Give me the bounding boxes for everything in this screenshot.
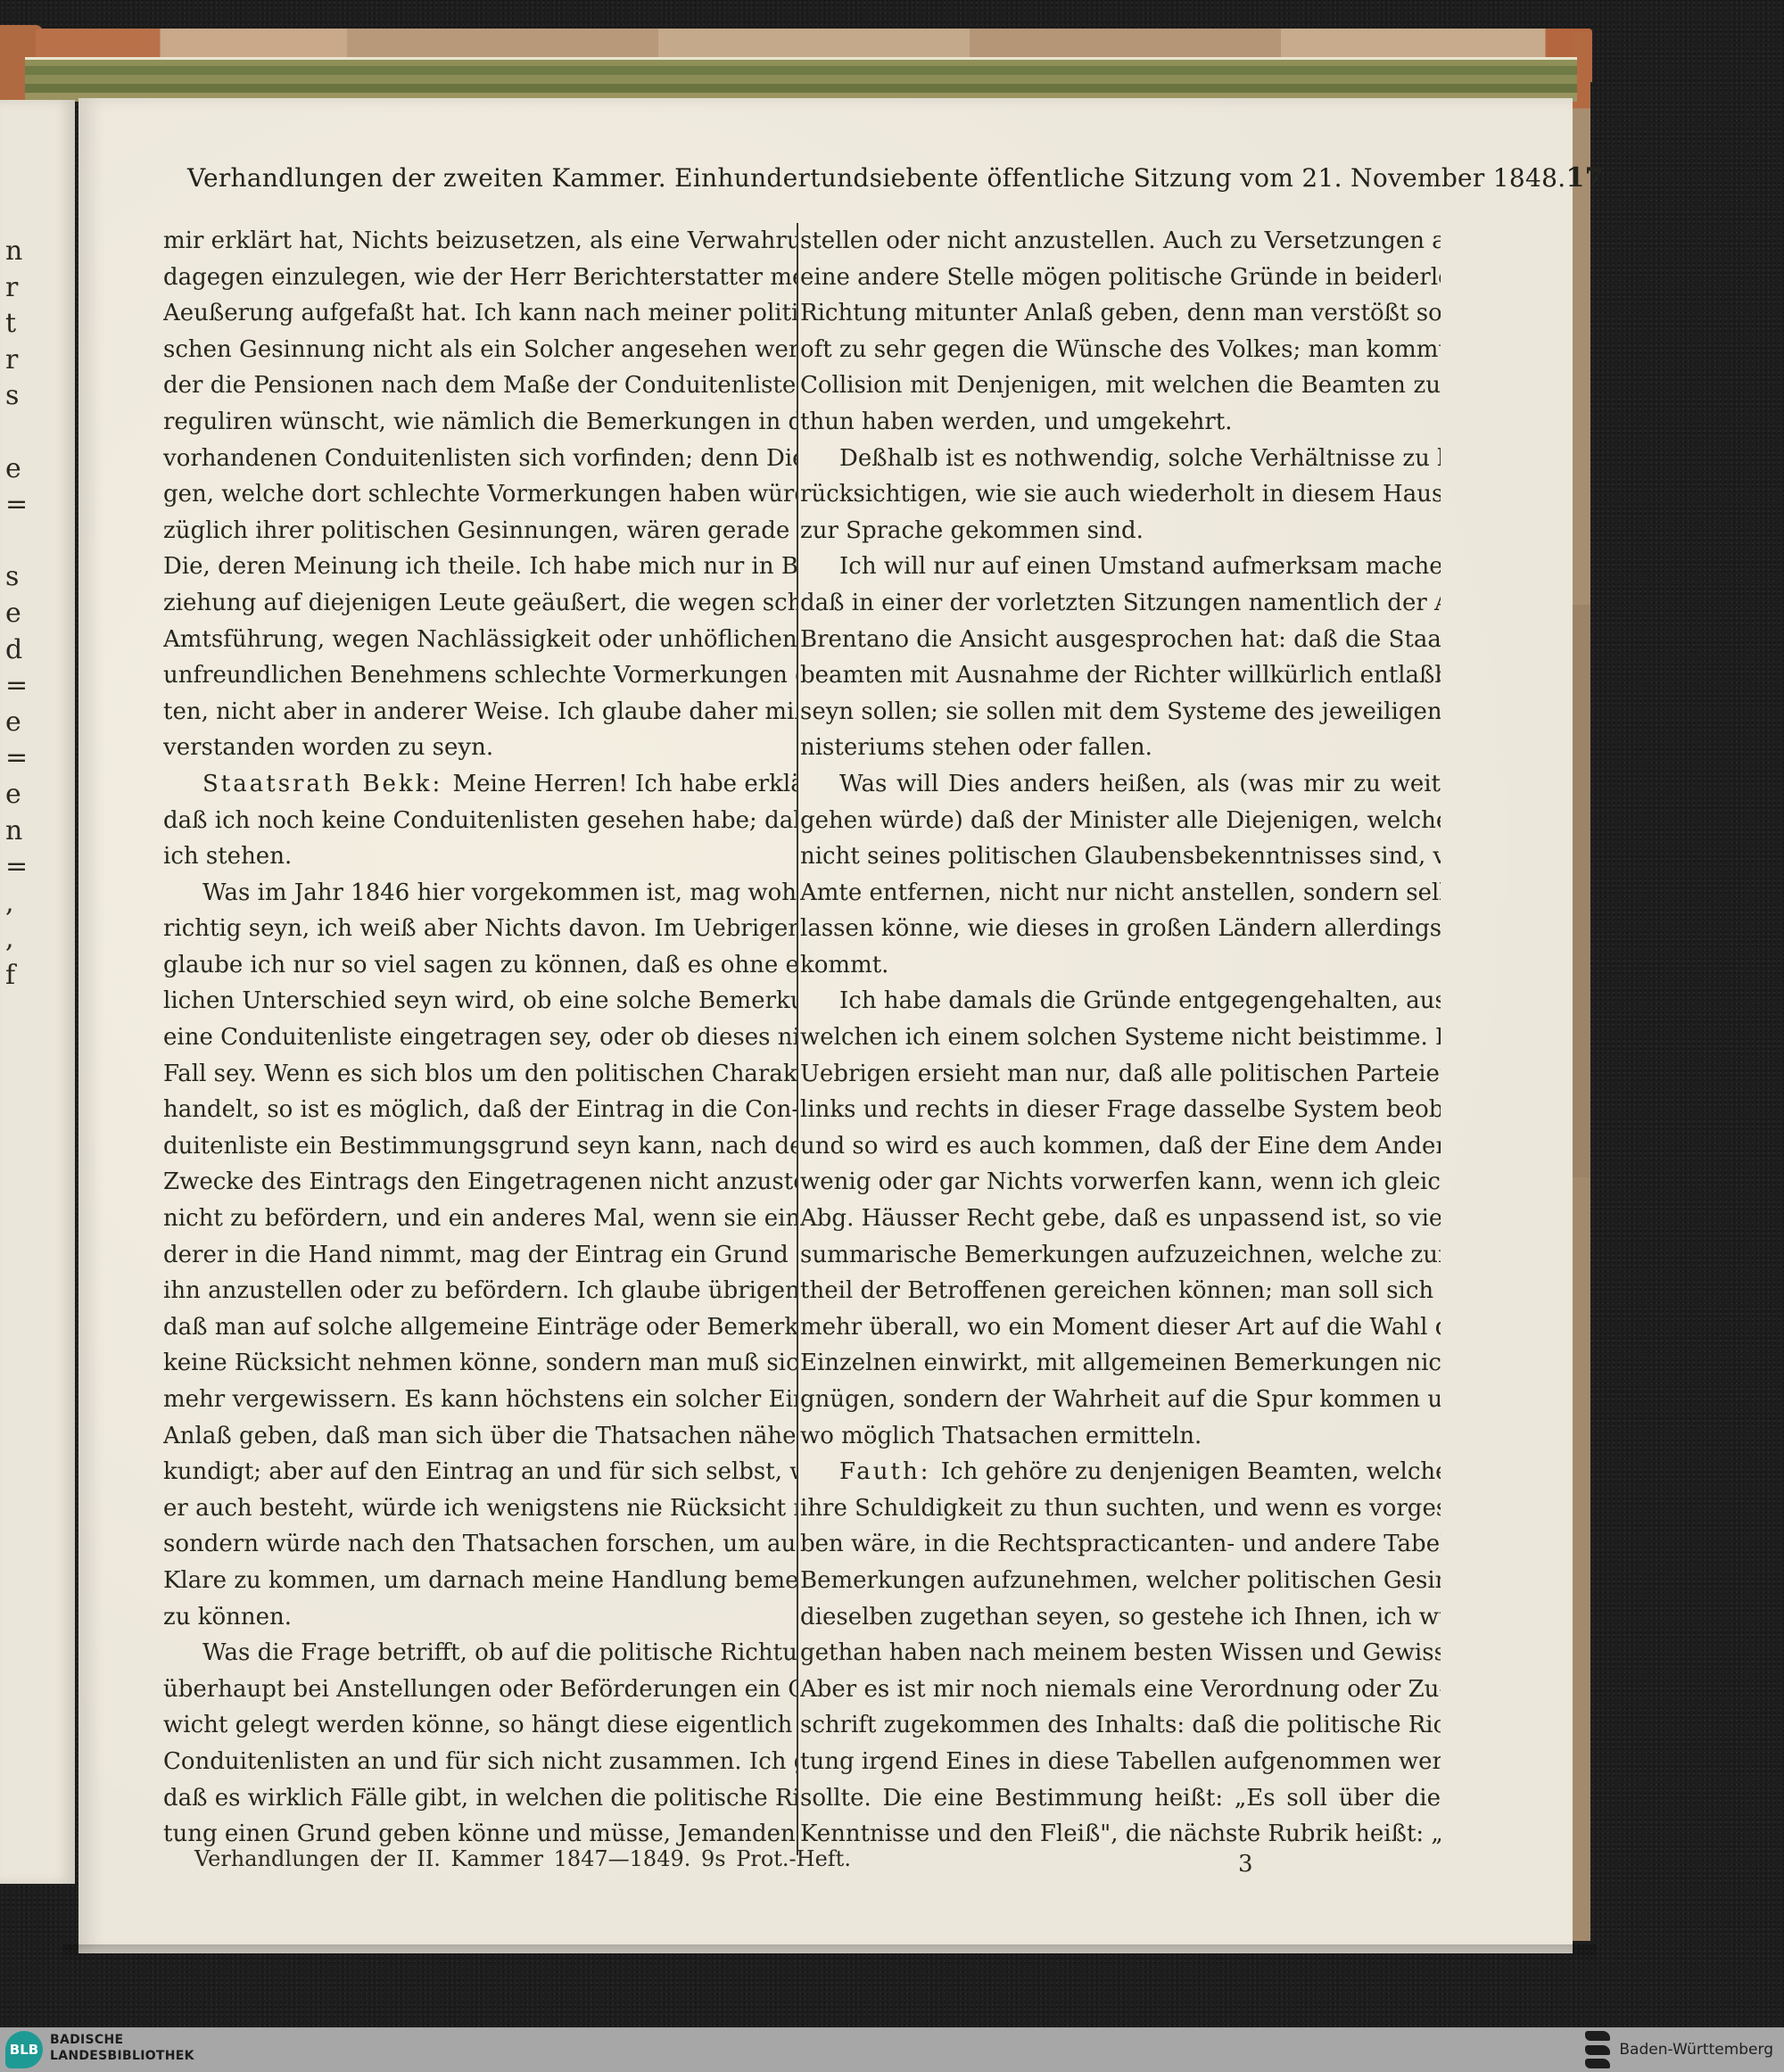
text-line: überhaupt bei Anstellungen oder Beförder… xyxy=(163,1672,797,1708)
text-line: schrift zugekommen des Inhalts: daß die … xyxy=(800,1707,1441,1744)
prev-page-letter: r xyxy=(5,343,23,379)
text-line: lassen könne, wie dieses in großen Lände… xyxy=(800,911,1441,947)
text-line: daß in einer der vorletzten Sitzungen na… xyxy=(800,585,1441,622)
prev-page-letter: = xyxy=(5,487,23,524)
prev-page-letter: s xyxy=(5,378,23,415)
text-line: links und rechts in dieser Frage dasselb… xyxy=(800,1092,1441,1128)
signature-line: Verhandlungen der II. Kammer 1847—1849. … xyxy=(194,1846,851,1871)
text-line: der die Pensionen nach dem Maße der Cond… xyxy=(163,367,797,404)
prev-page-letter: e xyxy=(5,451,23,488)
text-line: keine Rücksicht nehmen könne, sondern ma… xyxy=(163,1345,797,1382)
column-divider xyxy=(797,223,798,1855)
text-line: Was die Frage betrifft, ob auf die polit… xyxy=(163,1635,797,1672)
text-line: theil der Betroffenen gereichen können; … xyxy=(800,1273,1441,1309)
page-shadow xyxy=(62,1944,1597,1962)
text-line: Richtung mitunter Anlaß geben, denn man … xyxy=(800,295,1441,332)
prev-page-letter: t xyxy=(5,306,23,343)
text-line: eine andere Stelle mögen politische Grün… xyxy=(800,260,1441,296)
text-line: Bemerkungen aufzunehmen, welcher politis… xyxy=(800,1563,1441,1599)
page-edges-top xyxy=(25,57,1577,102)
text-line: Fauth: Ich gehöre zu denjenigen Beamten,… xyxy=(800,1454,1441,1490)
text-line: Conduitenlisten an und für sich nicht zu… xyxy=(163,1744,797,1780)
text-line: Amte entfernen, nicht nur nicht anstelle… xyxy=(800,875,1441,912)
text-line: zur Sprache gekommen sind. xyxy=(800,513,1441,549)
text-line: duitenliste ein Bestimmungsgrund seyn ka… xyxy=(163,1128,797,1165)
text-line: Anlaß geben, daß man sich über die Thats… xyxy=(163,1418,797,1455)
text-line: derer in die Hand nimmt, mag der Eintrag… xyxy=(163,1237,797,1274)
prev-page-letter: d xyxy=(5,632,23,669)
prev-page-letter: s xyxy=(5,559,23,596)
text-line: Aber es ist mir noch niemals eine Verord… xyxy=(800,1672,1441,1708)
baden-wuerttemberg-brand[interactable]: Baden-Württemberg xyxy=(1585,2027,1773,2072)
text-line: er auch besteht, würde ich wenigstens ni… xyxy=(163,1490,797,1527)
prev-page-letter: r xyxy=(5,270,23,307)
text-line: Klare zu kommen, um darnach meine Handlu… xyxy=(163,1563,797,1599)
signature-number: 3 xyxy=(1238,1851,1253,1878)
text-line: ihn anzustellen oder zu befördern. Ich g… xyxy=(163,1273,797,1309)
text-line: eine Conduitenliste eingetragen sey, ode… xyxy=(163,1019,797,1056)
text-line: gethan haben nach meinem besten Wissen u… xyxy=(800,1635,1441,1672)
text-line: ziehung auf diejenigen Leute geäußert, d… xyxy=(163,585,797,622)
text-line: mehr vergewissern. Es kann höchstens ein… xyxy=(163,1382,797,1418)
prev-page-letter: = xyxy=(5,668,23,705)
book-page: Verhandlungen der zweiten Kammer. Einhun… xyxy=(78,98,1573,1953)
prev-page-letter: e xyxy=(5,596,23,632)
text-column-right: stellen oder nicht anzustellen. Auch zu … xyxy=(800,223,1441,1853)
text-line: dieselben zugethan seyen, so gestehe ich… xyxy=(800,1599,1441,1636)
text-line: nisteriums stehen oder fallen. xyxy=(800,730,1441,766)
text-line: summarische Bemerkungen aufzuzeichnen, w… xyxy=(800,1237,1441,1274)
text-line: Ich will nur auf einen Umstand aufmerksa… xyxy=(800,549,1441,585)
text-line: dagegen einzulegen, wie der Herr Bericht… xyxy=(163,260,797,296)
prev-page-letter: , xyxy=(5,886,23,922)
text-line: Abg. Häusser Recht gebe, daß es unpassen… xyxy=(800,1201,1441,1237)
marbled-board-right xyxy=(1573,32,1590,1941)
text-column-left: mir erklärt hat, Nichts beizusetzen, als… xyxy=(163,223,797,1853)
previous-page-sliver: nrtrse=sed=e=en=,,f xyxy=(0,100,75,1884)
text-line: kundigt; aber auf den Eintrag an und für… xyxy=(163,1454,797,1490)
text-line: welchen ich einem solchen Systeme nicht … xyxy=(800,1019,1441,1056)
text-line: Ich habe damals die Gründe entgegengehal… xyxy=(800,983,1441,1019)
blb-logo-icon[interactable]: BLB xyxy=(5,2031,43,2068)
text-line: Fall sey. Wenn es sich blos um den polit… xyxy=(163,1056,797,1093)
text-line: Uebrigen ersieht man nur, daß alle polit… xyxy=(800,1056,1441,1093)
prev-page-letter: e xyxy=(5,705,23,741)
text-line: Die, deren Meinung ich theile. Ich habe … xyxy=(163,549,797,585)
text-line: Was will Dies anders heißen, als (was mi… xyxy=(800,766,1441,803)
text-line: reguliren wünscht, wie nämlich die Bemer… xyxy=(163,404,797,441)
text-line: Staatsrath Bekk: Meine Herren! Ich habe … xyxy=(163,766,797,803)
speaker-name: Fauth: xyxy=(839,1458,941,1485)
text-line: Aeußerung aufgefaßt hat. Ich kann nach m… xyxy=(163,295,797,332)
text-line: daß es wirklich Fälle gibt, in welchen d… xyxy=(163,1780,797,1817)
text-line: ihre Schuldigkeit zu thun suchten, und w… xyxy=(800,1490,1441,1527)
three-lions-crest-icon xyxy=(1585,2031,1610,2068)
text-line: daß ich noch keine Conduitenlisten geseh… xyxy=(163,803,797,839)
text-line: nicht seines politischen Glaubensbekennt… xyxy=(800,838,1441,875)
text-line: lichen Unterschied seyn wird, ob eine so… xyxy=(163,983,797,1019)
text-line: richtig seyn, ich weiß aber Nichts davon… xyxy=(163,911,797,947)
text-line: stellen oder nicht anzustellen. Auch zu … xyxy=(800,223,1441,260)
text-line: gehen würde) daß der Minister alle Dieje… xyxy=(800,803,1441,839)
text-line: ben wäre, in die Rechtspracticanten- und… xyxy=(800,1526,1441,1563)
text-line: tung irgend Eines in diese Tabellen aufg… xyxy=(800,1744,1441,1780)
library-name-line2: LANDESBIBLIOTHEK xyxy=(50,2048,194,2064)
text-line: und so wird es auch kommen, daß der Eine… xyxy=(800,1128,1441,1165)
text-line: kommt. xyxy=(800,947,1441,984)
text-line: vorhandenen Conduitenlisten sich vorfind… xyxy=(163,441,797,477)
speaker-name: Staatsrath Bekk: xyxy=(202,771,452,797)
prev-page-letter: = xyxy=(5,740,23,777)
text-line: handelt, so ist es möglich, daß der Eint… xyxy=(163,1092,797,1128)
prev-page-letter: e xyxy=(5,777,23,813)
library-footer-bar: BLB BADISCHE LANDESBIBLIOTHEK Baden-Würt… xyxy=(0,2027,1784,2072)
text-line: wo möglich Thatsachen ermitteln. xyxy=(800,1418,1441,1455)
book-scan: nrtrse=sed=e=en=,,f Verhandlungen der zw… xyxy=(0,0,1784,2027)
text-line: Amtsführung, wegen Nachlässigkeit oder u… xyxy=(163,622,797,658)
text-line: beamten mit Ausnahme der Richter willkür… xyxy=(800,657,1441,694)
text-line: wicht gelegt werden könne, so hängt dies… xyxy=(163,1707,797,1744)
text-line: Einzelnen einwirkt, mit allgemeinen Beme… xyxy=(800,1345,1441,1382)
text-line: züglich ihrer politischen Gesinnungen, w… xyxy=(163,513,797,549)
library-name[interactable]: BADISCHE LANDESBIBLIOTHEK xyxy=(50,2032,194,2064)
text-line: nicht zu befördern, und ein anderes Mal,… xyxy=(163,1201,797,1237)
text-line: gen, welche dort schlechte Vormerkungen … xyxy=(163,476,797,513)
text-line: daß man auf solche allgemeine Einträge o… xyxy=(163,1309,797,1346)
page-number: 17 xyxy=(1565,162,1603,194)
text-line: ten, nicht aber in anderer Weise. Ich gl… xyxy=(163,694,797,731)
state-label: Baden-Württemberg xyxy=(1619,2041,1773,2059)
text-line: Kenntnisse und den Fleiß", die nächste R… xyxy=(800,1816,1441,1853)
text-line: Collision mit Denjenigen, mit welchen di… xyxy=(800,367,1441,404)
text-line: Brentano die Ansicht ausgesprochen hat: … xyxy=(800,622,1441,658)
text-line: Was im Jahr 1846 hier vorgekommen ist, m… xyxy=(163,875,797,912)
text-line: unfreundlichen Benehmens schlechte Vorme… xyxy=(163,657,797,694)
prev-page-letter: f xyxy=(5,958,23,995)
text-line: wenig oder gar Nichts vorwerfen kann, we… xyxy=(800,1164,1441,1201)
text-line: mir erklärt hat, Nichts beizusetzen, als… xyxy=(163,223,797,260)
text-line: Deßhalb ist es nothwendig, solche Verhäl… xyxy=(800,441,1441,477)
running-head-title: Verhandlungen der zweiten Kammer. Einhun… xyxy=(187,163,1565,193)
prev-page-letter: = xyxy=(5,849,23,886)
text-line: ich stehen. xyxy=(163,838,797,875)
text-line: Zwecke des Eintrags den Eingetragenen ni… xyxy=(163,1164,797,1201)
prev-page-letter: , xyxy=(5,921,23,958)
running-head: Verhandlungen der zweiten Kammer. Einhun… xyxy=(187,162,1525,202)
text-line: seyn sollen; sie sollen mit dem Systeme … xyxy=(800,694,1441,731)
text-line: glaube ich nur so viel sagen zu können, … xyxy=(163,947,797,984)
text-line: mehr überall, wo ein Moment dieser Art a… xyxy=(800,1309,1441,1346)
text-line: rücksichtigen, wie sie auch wiederholt i… xyxy=(800,476,1441,513)
text-line: gnügen, sondern der Wahrheit auf die Spu… xyxy=(800,1382,1441,1418)
text-line: verstanden worden zu seyn. xyxy=(163,730,797,766)
prev-page-letter: n xyxy=(5,813,23,850)
text-line: zu können. xyxy=(163,1599,797,1636)
text-line: thun haben werden, und umgekehrt. xyxy=(800,404,1441,441)
text-line: sollte. Die eine Bestimmung heißt: „Es s… xyxy=(800,1780,1441,1817)
library-name-line1: BADISCHE xyxy=(50,2032,194,2048)
text-line: sondern würde nach den Thatsachen forsch… xyxy=(163,1526,797,1563)
prev-page-letter: n xyxy=(5,234,23,270)
text-line: oft zu sehr gegen die Wünsche des Volkes… xyxy=(800,332,1441,368)
text-line: schen Gesinnung nicht als ein Solcher an… xyxy=(163,332,797,368)
